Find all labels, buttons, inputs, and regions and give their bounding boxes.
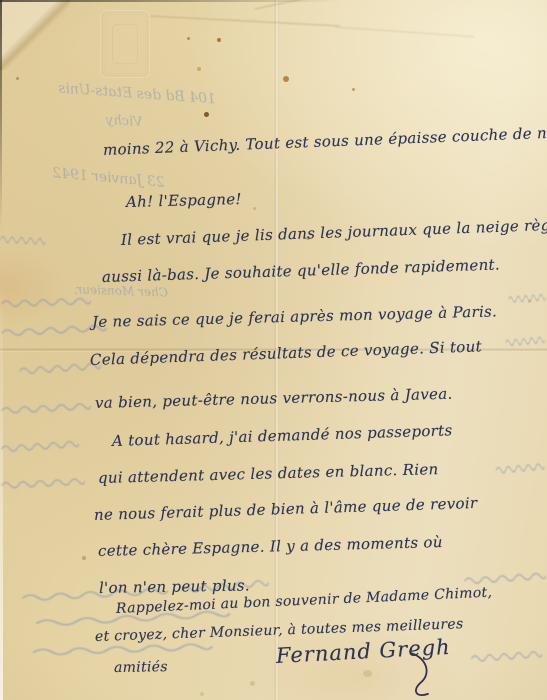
closing-line: amitiés [114, 659, 168, 676]
foxing-spot [283, 76, 289, 82]
scan-edge-shadow [0, 0, 340, 2]
letter-line: aussi là-bas. Je souhaite qu'elle fonde … [102, 255, 500, 285]
letter-line: l'on n'en peut plus. [99, 576, 250, 597]
scan-edge-shadow [0, 0, 2, 230]
ink-bleedthrough-scribble [0, 294, 92, 308]
foxing-spot [204, 112, 209, 117]
letter-line: qui attendent avec les dates en blanc. R… [98, 460, 439, 487]
foxing-spot [16, 77, 19, 80]
foxing-spot [217, 38, 221, 42]
ink-bleedthrough-scribble [463, 569, 547, 586]
embossed-letterhead-inner [112, 24, 138, 64]
bleedthrough-date: 23 Janvier 1942 [52, 165, 166, 191]
letter-line: Je ne sais ce que je ferai après mon voy… [92, 302, 498, 331]
ink-bleedthrough-scribble [508, 291, 547, 305]
foxing-spot [528, 300, 531, 303]
ink-bleedthrough-scribble [505, 333, 546, 347]
ink-bleedthrough-scribble [0, 475, 86, 490]
letter-line: ne nous ferait plus de bien à l'âme que … [94, 494, 478, 524]
corner-fold-crease [0, 0, 70, 70]
ink-bleedthrough-scribble [0, 233, 46, 246]
letter-line: A tout hasard, j'ai demandé nos passepor… [112, 421, 453, 450]
signature-flourish [408, 650, 444, 700]
wrinkle-crease [335, 26, 475, 38]
wrinkle-crease [150, 15, 340, 27]
letter-line: Il est vrai que je lis dans les journaux… [121, 215, 547, 249]
ink-bleedthrough-scribble [0, 400, 92, 416]
foxing-spot [250, 681, 255, 686]
paper-sheet: 104 Bd des Etats-Unis Vichy 23 Janvier 1… [0, 0, 547, 700]
letter-line: moins 22 à Vichy. Tout est sous une épai… [103, 122, 547, 159]
bleedthrough-address: 104 Bd des Etats-Unis [58, 81, 217, 108]
ink-bleedthrough-scribble [470, 647, 544, 663]
foxing-spot [363, 670, 372, 677]
foxing-spot [197, 67, 201, 71]
bleedthrough-city: Vichy [106, 113, 143, 130]
foxing-spot [82, 556, 86, 560]
letter-line: Cela dépendra des résultats de ce voyage… [90, 337, 482, 369]
letter-line: Ah! l'Espagne! [126, 190, 242, 211]
foxing-spot [187, 37, 190, 40]
letter-line: cette chère Espagne. Il y a des moments … [98, 533, 443, 560]
ink-bleedthrough-scribble [0, 437, 80, 454]
foxing-spot [253, 207, 256, 210]
foxing-spot [352, 88, 355, 91]
foxing-spot [200, 692, 204, 696]
ink-bleedthrough-scribble [495, 460, 546, 475]
